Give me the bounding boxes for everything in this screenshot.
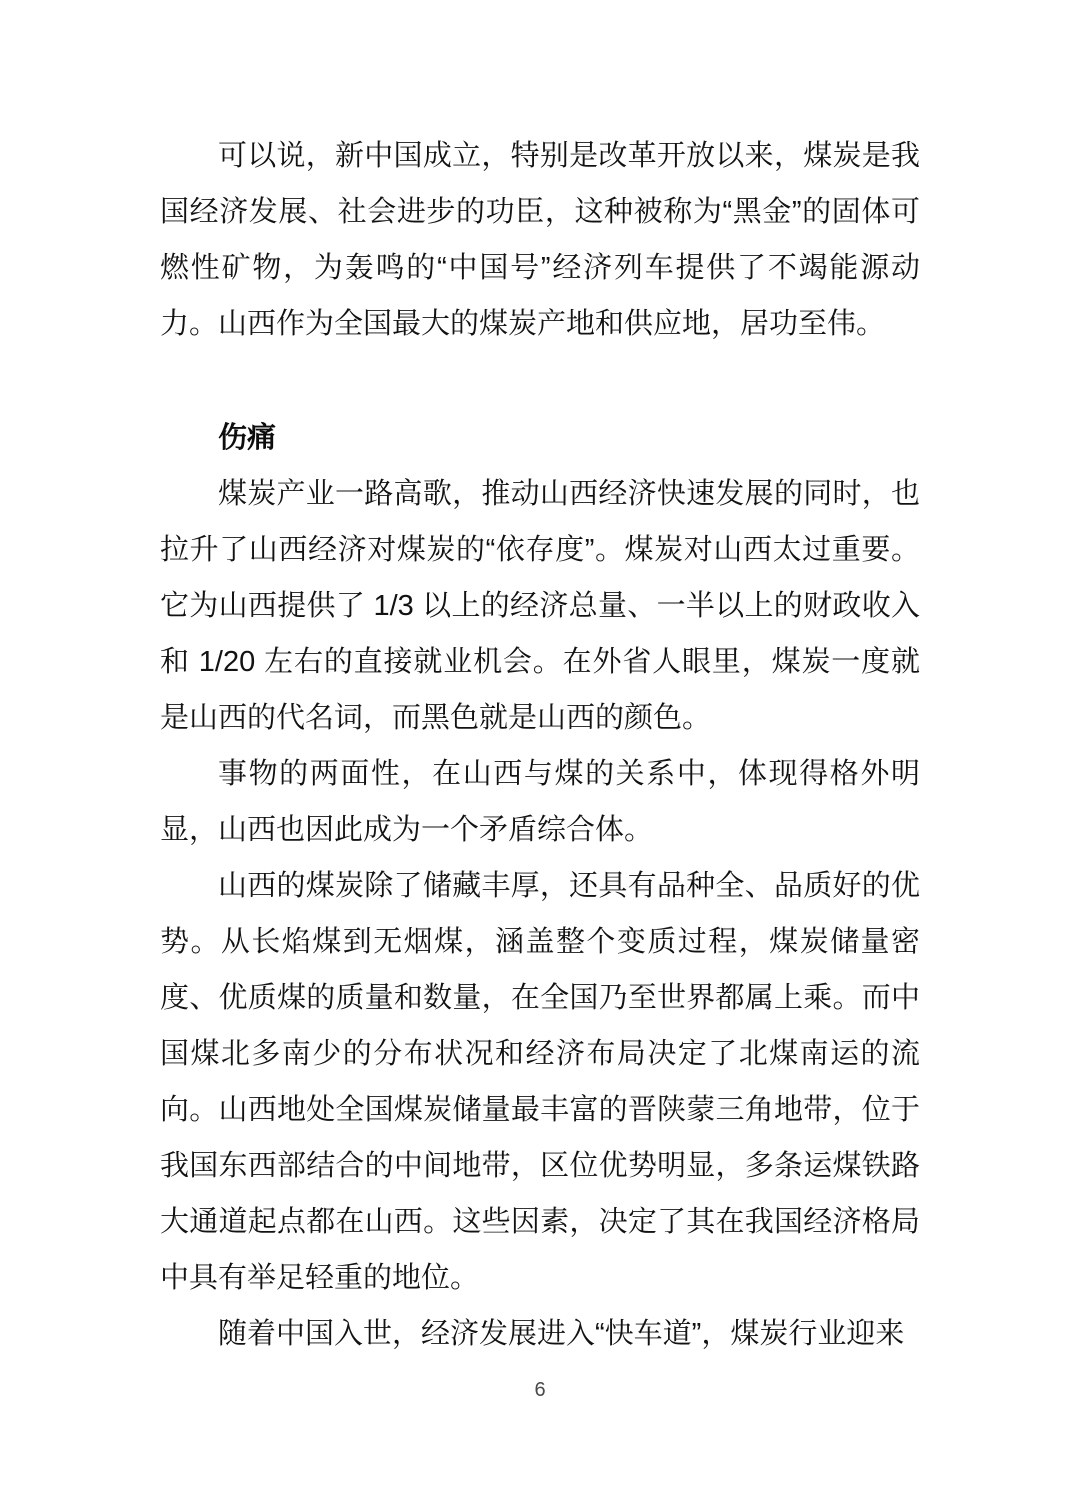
section-heading-shangtong: 伤痛	[160, 410, 920, 466]
document-page: 可以说，新中国成立，特别是改革开放以来，煤炭是我国经济发展、社会进步的功臣，这种…	[0, 0, 1080, 1497]
paragraph-coal-quality-location: 山西的煤炭除了储藏丰厚，还具有品种全、品质好的优势。从长焰煤到无烟煤，涵盖整个变…	[160, 858, 920, 1306]
document-body: 可以说，新中国成立，特别是改革开放以来，煤炭是我国经济发展、社会进步的功臣，这种…	[0, 0, 1080, 1362]
paragraph-dependence: 煤炭产业一路高歌，推动山西经济快速发展的同时，也拉升了山西经济对煤炭的“依存度”…	[160, 466, 920, 746]
page-number: 6	[0, 1376, 1080, 1404]
paragraph-two-sides: 事物的两面性，在山西与煤的关系中，体现得格外明显，山西也因此成为一个矛盾综合体。	[160, 746, 920, 858]
paragraph-coal-contribution: 可以说，新中国成立，特别是改革开放以来，煤炭是我国经济发展、社会进步的功臣，这种…	[160, 128, 920, 352]
paragraph-wto-fast-lane: 随着中国入世，经济发展进入“快车道”，煤炭行业迎来	[160, 1306, 920, 1362]
